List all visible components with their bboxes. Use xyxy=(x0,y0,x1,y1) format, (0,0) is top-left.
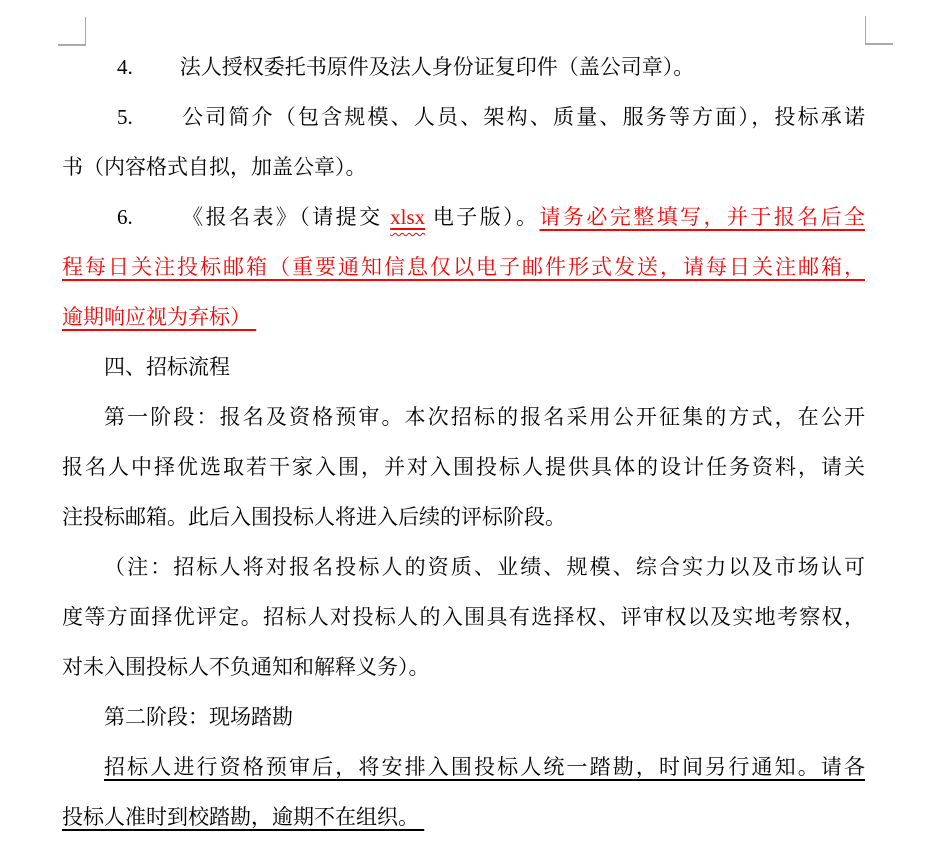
text-line: 投标人准时到校踏勘，逾期不在组织。 xyxy=(62,792,865,842)
text-line: 报名人中择优选取若干家入围，并对入围投标人提供具体的设计任务资料，请关 xyxy=(62,442,865,492)
text-run: 注投标邮箱。此后入围投标人将进入后续的评标阶段。 xyxy=(62,505,566,529)
text-run: 度等方面择优评定。招标人对投标人的入围具有选择权、评审权以及实地考察权， xyxy=(62,605,865,629)
text-line: 第二阶段：现场踏勘 xyxy=(62,692,865,742)
text-line: 度等方面择优评定。招标人对投标人的入围具有选择权、评审权以及实地考察权， xyxy=(62,592,865,642)
misspelled-word: xlsx xyxy=(390,205,425,229)
text-run: 四、招标流程 xyxy=(104,355,230,379)
text-line: 4.法人授权委托书原件及法人身份证复印件（盖公司章）。 xyxy=(62,42,865,92)
black-underlined-run: 招标人进行资格预审后，将安排入围投标人统一踏勘，时间另行通知。请各 xyxy=(104,755,865,779)
text-line: 逾期响应视为弃标） xyxy=(62,292,865,342)
text-run: 公司简介（包含规模、人员、架构、质量、服务等方面），投标承诺 xyxy=(180,105,865,129)
text-line: 6.《报名表》（请提交 xlsx 电子版）。请务必完整填写，并于报名后全 xyxy=(62,192,865,242)
text-run: 电子版）。 xyxy=(425,205,539,229)
text-line: 5.公司简介（包含规模、人员、架构、质量、服务等方面），投标承诺 xyxy=(62,92,865,142)
text-run: 第一阶段：报名及资格预审。本次招标的报名采用公开征集的方式，在公开 xyxy=(104,405,865,429)
text-line: 对未入围投标人不负通知和解释义务）。 xyxy=(62,642,865,692)
text-run: 书（内容格式自拟，加盖公章）。 xyxy=(62,155,367,179)
red-underlined-run: 请务必完整填写，并于报名后全 xyxy=(539,205,865,229)
black-underlined-run: 投标人准时到校踏勘，逾期不在组织。 xyxy=(62,805,424,829)
text-line: 书（内容格式自拟，加盖公章）。 xyxy=(62,142,865,192)
list-number: 5. xyxy=(117,105,133,129)
text-line: 招标人进行资格预审后，将安排入围投标人统一踏勘，时间另行通知。请各 xyxy=(62,742,865,792)
text-line: 四、招标流程 xyxy=(62,342,865,392)
document-body: 4.法人授权委托书原件及法人身份证复印件（盖公司章）。5.公司简介（包含规模、人… xyxy=(62,42,865,842)
text-run: 《报名表》（请提交 xyxy=(180,205,390,229)
spellcheck-wavy-underline: xlsx xyxy=(390,205,425,229)
red-underlined-run: 程每日关注投标邮箱（重要通知信息仅以电子邮件形式发送，请每日关注邮箱， xyxy=(62,255,865,279)
text-run: 第二阶段：现场踏勘 xyxy=(104,705,293,729)
text-line: 注投标邮箱。此后入围投标人将进入后续的评标阶段。 xyxy=(62,492,865,542)
text-run: 法人授权委托书原件及法人身份证复印件（盖公司章）。 xyxy=(180,55,695,79)
list-number: 4. xyxy=(117,55,133,79)
text-run: （注：招标人将对报名投标人的资质、业绩、规模、综合实力以及市场认可 xyxy=(104,555,865,579)
text-run: 对未入围投标人不负通知和解释义务）。 xyxy=(62,655,430,679)
text-run: 报名人中择优选取若干家入围，并对入围投标人提供具体的设计任务资料，请关 xyxy=(62,455,865,479)
text-line: 第一阶段：报名及资格预审。本次招标的报名采用公开征集的方式，在公开 xyxy=(62,392,865,442)
text-line: 程每日关注投标邮箱（重要通知信息仅以电子邮件形式发送，请每日关注邮箱， xyxy=(62,242,865,292)
red-underlined-run: 逾期响应视为弃标） xyxy=(62,305,256,329)
list-number: 6. xyxy=(117,205,133,229)
document-page: 4.法人授权委托书原件及法人身份证复印件（盖公司章）。5.公司简介（包含规模、人… xyxy=(0,0,952,854)
text-boundary-corner-right xyxy=(865,16,893,45)
text-line: （注：招标人将对报名投标人的资质、业绩、规模、综合实力以及市场认可 xyxy=(62,542,865,592)
